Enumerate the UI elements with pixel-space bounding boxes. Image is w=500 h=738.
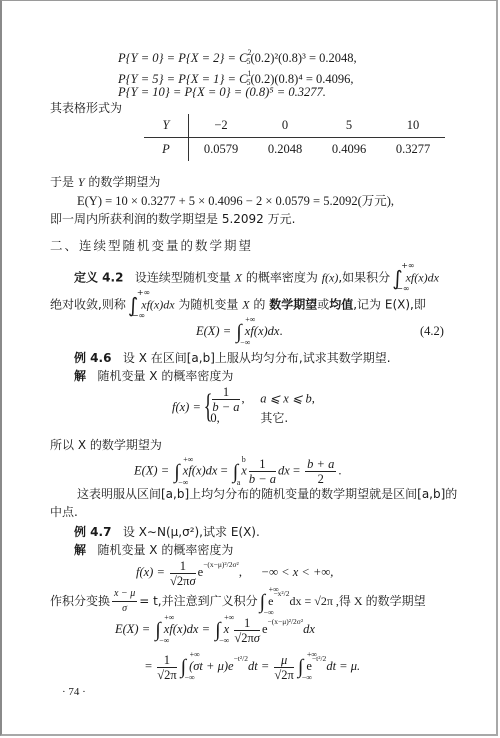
prob-line-y10: P{Y = 10} = P{X = 0} = (0.8)⁵ = 0.3277. bbox=[118, 84, 326, 100]
normal-expectation-line2: = 1√2π∫+∞−∞(σt + μ)e−t²/2dt = μ√2π∫+∞−∞e… bbox=[145, 651, 360, 682]
row-header-p: P bbox=[144, 138, 189, 162]
table-intro: 其表格形式为 bbox=[50, 100, 122, 116]
expectation-formula: E(Y) = 10 × 0.3277 + 5 × 0.4096 − 2 × 0.… bbox=[77, 193, 394, 209]
example-46-solution-intro: 解 随机变量 X 的概率密度为 bbox=[74, 368, 233, 384]
section-heading: 二、连续型随机变量的数学期望 bbox=[50, 238, 253, 254]
equation-number: (4.2) bbox=[420, 323, 444, 339]
example-47-statement: 例 4.7 设 X∼N(μ,σ²),试求 E(X). bbox=[74, 524, 260, 540]
row-header-y: Y bbox=[144, 114, 189, 138]
example-46-conclusion-2: 中点. bbox=[50, 504, 78, 520]
uniform-pdf: f(x) = { 1b − a, a ⩽ x ⩽ b, 0, 其它. bbox=[172, 385, 315, 429]
uniform-expectation: E(X) = ∫+∞−∞xf(x)dx = ∫bax1b − adx = b +… bbox=[134, 457, 341, 486]
table-cell: 5 bbox=[317, 114, 381, 138]
normal-pdf: f(x) = 1√2πσe−(x−μ)²/2σ², −∞ < x < +∞, bbox=[136, 557, 333, 588]
distribution-table: Y −2 0 5 10 P 0.0579 0.2048 0.4096 0.327… bbox=[144, 114, 445, 161]
definition-line2: 绝对收敛,则称∫+∞−∞xf(x)dx 为随机变量 X 的 数学期望或均值,记为… bbox=[50, 295, 426, 315]
table-cell: −2 bbox=[189, 114, 254, 138]
example-label: 例 4.6 bbox=[74, 351, 111, 365]
substitution-line: 作积分变换x − μσ= t,并注意到广义积分∫+∞−∞e−x²/2dx = √… bbox=[50, 586, 426, 616]
table-row-p: P 0.0579 0.2048 0.4096 0.3277 bbox=[144, 138, 445, 162]
example-46-conclusion-1: 这表明服从区间[a,b]上均匀分布的随机变量的数学期望就是区间[a,b]的 bbox=[77, 486, 457, 502]
table-cell: 10 bbox=[381, 114, 445, 138]
table-row-y: Y −2 0 5 10 bbox=[144, 114, 445, 138]
normal-expectation-line1: E(X) = ∫+∞−∞xf(x)dx = ∫+∞−∞x 1√2πσe−(x−μ… bbox=[115, 614, 315, 645]
table-cell: 0.0579 bbox=[189, 138, 254, 162]
example-47-solution-intro: 解 随机变量 X 的概率密度为 bbox=[74, 542, 233, 558]
table-cell: 0.2048 bbox=[253, 138, 317, 162]
definition-line1: 定义 4.2 设连续型随机变量 X 的概率密度为 f(x),如果积分∫+∞−∞x… bbox=[74, 268, 439, 288]
integral-sign: ∫+∞−∞ bbox=[128, 295, 138, 315]
integral-sign: ∫+∞−∞ bbox=[392, 268, 402, 288]
table-cell: 0 bbox=[253, 114, 317, 138]
definition-formula: E(X) = ∫+∞−∞xf(x)dx. bbox=[196, 322, 283, 342]
page-number: · 74 · bbox=[62, 686, 86, 698]
expectation-conclusion: 即一周内所获利润的数学期望是 5.2092 万元. bbox=[50, 211, 295, 227]
expectation-intro: 于是 Y 的数学期望为 bbox=[50, 174, 160, 190]
table-cell: 0.4096 bbox=[317, 138, 381, 162]
example-46-statement: 例 4.6 设 X 在区间[a,b]上服从均匀分布,试求其数学期望. bbox=[74, 350, 391, 366]
definition-label: 定义 4.2 bbox=[74, 271, 123, 285]
table-cell: 0.3277 bbox=[381, 138, 445, 162]
integral-sign: ∫+∞−∞ bbox=[236, 322, 241, 342]
example-46-expect-intro: 所以 X 的数学期望为 bbox=[50, 437, 162, 453]
